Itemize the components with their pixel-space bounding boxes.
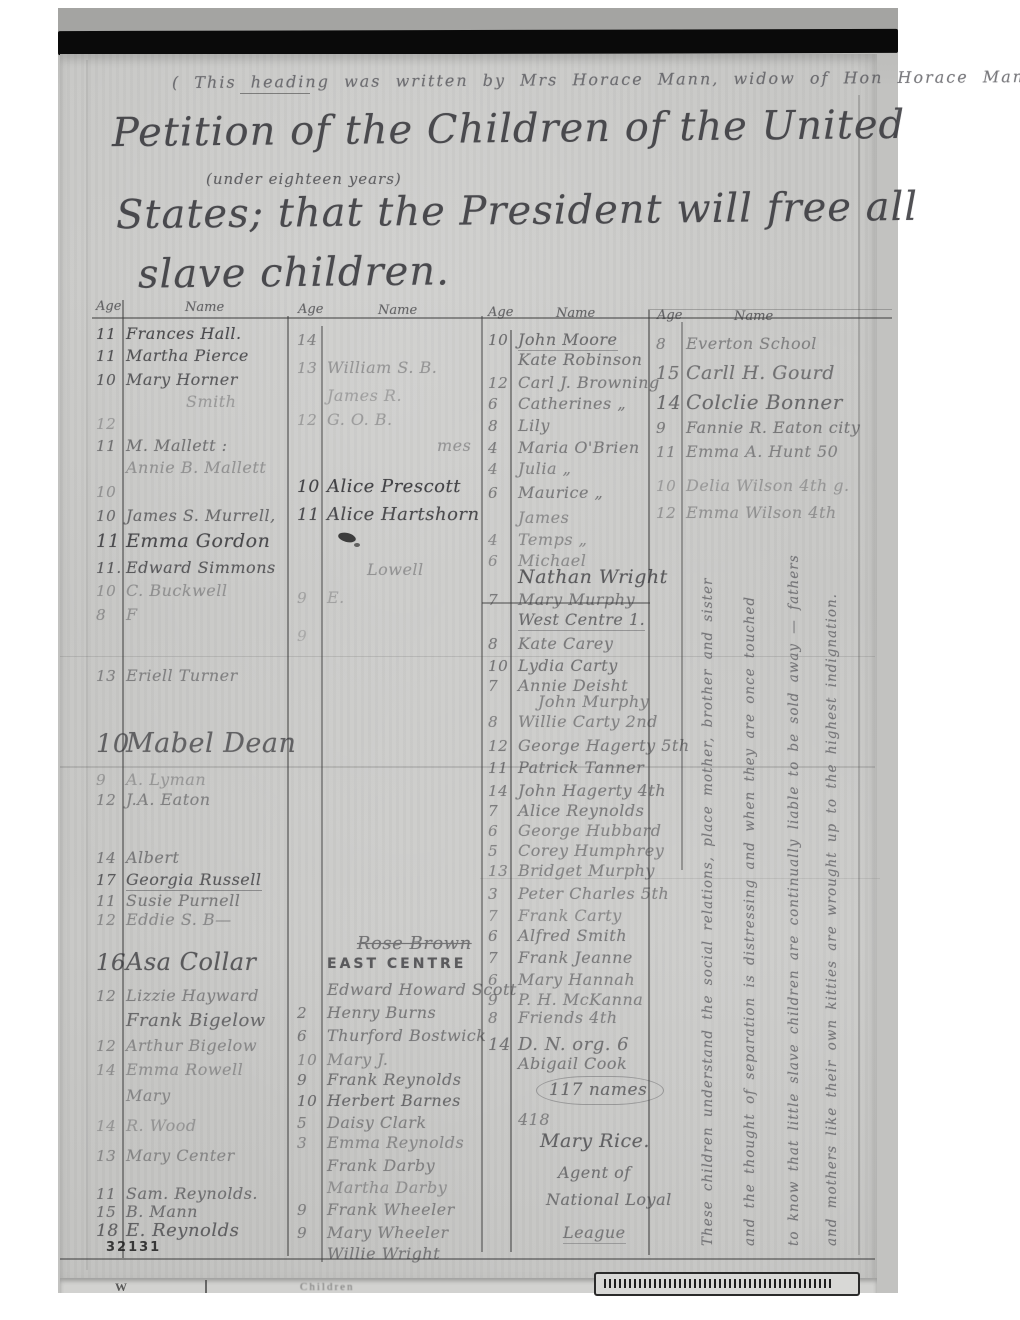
entry-name: Smith — [186, 392, 236, 411]
entry-age: 11 — [96, 327, 126, 342]
entry-age: 6 — [488, 397, 518, 412]
entry-age: 3 — [297, 1136, 327, 1151]
entry-name: John Hagerty 4th — [518, 781, 666, 800]
entry-age: 10 — [297, 479, 327, 496]
petition-entry: 9 — [297, 628, 327, 644]
entry-age: 11 — [96, 1187, 126, 1202]
entry-age: 12 — [297, 413, 327, 428]
entry-age: 10 — [656, 479, 686, 494]
petition-entry: 11M. Mallett : — [96, 438, 228, 454]
col1-name-header: Name — [185, 300, 224, 315]
entry-name: Nathan Wright — [518, 566, 668, 588]
entry-name: Frank Darby — [327, 1156, 435, 1175]
entry-age: 14 — [488, 1037, 518, 1054]
petition-entry: 9E. — [297, 590, 345, 606]
entry-age: 10 — [488, 659, 518, 674]
entry-age: 5 — [488, 844, 518, 859]
entry-age: 14 — [96, 1119, 126, 1134]
petition-entry: 8Friends 4th — [488, 1010, 618, 1026]
petition-entry: Frank Darby — [297, 1158, 435, 1174]
entry-age: 16 — [96, 952, 126, 975]
entry-name: Maurice „ — [518, 483, 603, 502]
petition-entry: 3Emma Reynolds — [297, 1135, 464, 1151]
petition-entry: 12Eddie S. B— — [96, 912, 232, 928]
petition-entry: 6George Hubbard — [488, 823, 662, 839]
entry-age: 9 — [488, 993, 518, 1008]
header-rule-right — [648, 309, 892, 310]
petition-entry: 10 — [96, 484, 126, 500]
entry-age: 12 — [96, 989, 126, 1004]
petition-entry: 12Lizzie Hayward — [96, 988, 259, 1004]
entry-name: Lizzie Hayward — [126, 986, 259, 1005]
film-divider-bar — [58, 29, 898, 55]
entry-name: B. Mann — [126, 1202, 198, 1221]
petition-entry: 8F — [96, 607, 138, 623]
entry-age: 12 — [488, 376, 518, 391]
entry-name: Henry Burns — [327, 1003, 436, 1022]
petition-entry: Nathan Wright — [488, 568, 668, 587]
margin-note-line: These children understand the social rel… — [700, 586, 716, 1246]
entry-name: Carl J. Browning — [518, 373, 660, 392]
petition-entry: Lowell — [337, 562, 424, 578]
petition-entry: 11Emma A. Hunt 50 — [656, 444, 838, 460]
entry-name: Corey Humphrey — [518, 841, 664, 860]
entry-name: James R. — [327, 386, 402, 405]
entry-age: 14 — [96, 851, 126, 866]
page-bottom-edge — [60, 1258, 875, 1260]
petition-entry: 12Arthur Bigelow — [96, 1038, 257, 1054]
petition-entry: 9Frank Wheeler — [297, 1202, 455, 1218]
entry-age: 8 — [96, 608, 126, 623]
petition-entry: 13William S. B. — [297, 360, 437, 376]
entry-name: Mary Murphy — [518, 590, 635, 609]
entry-age: 6 — [488, 973, 518, 988]
petition-entry: 10Mabel Dean — [96, 730, 296, 758]
entry-name: G. O. B. — [327, 410, 393, 429]
petition-entry: 7Mary Murphy — [488, 592, 635, 608]
entry-age: 13 — [96, 1149, 126, 1164]
petition-title-line3: slave children. — [138, 248, 450, 297]
entry-name: Willie Carty 2nd — [518, 712, 658, 731]
entry-age: 7 — [488, 909, 518, 924]
entry-age: 11 — [656, 445, 686, 460]
strip-left-fragment: W — [115, 1280, 127, 1295]
entry-name: Emma A. Hunt 50 — [686, 442, 838, 461]
entry-age: 7 — [488, 804, 518, 819]
entry-age: 13 — [488, 864, 518, 879]
entry-name: George Hagerty 5th — [518, 736, 690, 755]
strip-caption-fragment: Children — [300, 1281, 355, 1293]
entry-age: 13 — [96, 669, 126, 684]
petition-entry: 11Emma Gordon — [96, 532, 270, 551]
petition-entry: 18E. Reynolds — [96, 1222, 239, 1240]
petition-entry: 4Temps „ — [488, 532, 587, 548]
entry-name: Alice Prescott — [327, 476, 461, 497]
entry-age: 8 — [656, 337, 686, 352]
petition-entry: Annie B. Mallett — [96, 460, 266, 476]
entry-name: Frank Carty — [518, 906, 622, 925]
petition-entry: 11Frances Hall. — [96, 326, 242, 342]
entry-name: 117 names — [536, 1076, 664, 1105]
margin-note-line: to know that little slave children are c… — [786, 586, 802, 1246]
petition-entry: 10James S. Murrell, — [96, 508, 276, 524]
petition-entry: 6Mary Hannah — [488, 972, 635, 988]
entry-name: West Centre 1. — [518, 610, 645, 631]
col1-age-header: Age — [96, 299, 121, 314]
entry-age: 9 — [297, 629, 327, 644]
vline-col1-end — [287, 316, 289, 1256]
entry-age: 12 — [656, 506, 686, 521]
entry-name: John Moore — [518, 330, 618, 351]
entry-name: Emma Gordon — [126, 530, 270, 552]
entry-age: 9 — [656, 421, 686, 436]
petition-entry: 12 — [96, 416, 126, 432]
paper-left-fold — [86, 60, 88, 1270]
entry-name: Lowell — [367, 560, 424, 579]
entry-age: 6 — [488, 554, 518, 569]
petition-entry: 14Albert — [96, 850, 179, 866]
entry-age: 14 — [488, 784, 518, 799]
petition-entry: 10C. Buckwell — [96, 583, 227, 599]
entry-age: 10 — [96, 373, 126, 388]
entry-name: Bridget Murphy — [518, 861, 655, 880]
entry-name: Mabel Dean — [126, 728, 296, 759]
entry-name: Carll H. Gourd — [686, 362, 835, 384]
petition-entry: 14Emma Rowell — [96, 1062, 243, 1078]
entry-name: E. Reynolds — [126, 1220, 239, 1241]
entry-name: mes — [437, 436, 471, 455]
scanned-document-page: ( This heading was written by Mrs Horace… — [0, 0, 1020, 1320]
petition-entry: Frank Bigelow — [96, 1012, 266, 1030]
entry-age: 8 — [488, 715, 518, 730]
petition-entry: 9A. Lyman — [96, 772, 206, 788]
entry-age: 4 — [488, 462, 518, 477]
signature-column-4: 8Everton School15Carll H. Gourd14Colclie… — [656, 0, 657, 1320]
entry-name: George Hubbard — [518, 821, 662, 840]
petition-entry: Martha Darby — [297, 1180, 447, 1196]
entry-age: 11 — [96, 533, 126, 551]
petition-title-line2: States; that the President will free all — [116, 184, 919, 238]
petition-entry: 12George Hagerty 5th — [488, 738, 690, 754]
strip-vline — [205, 1280, 207, 1293]
entry-name: Arthur Bigelow — [126, 1036, 257, 1055]
entry-name: Alice Hartshorn — [327, 504, 480, 525]
petition-entry: 117 names — [506, 1082, 664, 1099]
entry-age: 7 — [488, 679, 518, 694]
petition-title-insert: (under eighteen years) — [206, 170, 402, 188]
petition-entry: EAST CENTRE — [297, 955, 466, 971]
petition-entry: Kate Robinson — [488, 352, 642, 368]
petition-entry: 7Frank Carty — [488, 908, 622, 924]
petition-entry: 14 — [297, 332, 327, 348]
petition-entry: John Murphy — [508, 694, 649, 710]
entry-name: Georgia Russell — [126, 870, 262, 891]
petition-entry: 9P. H. McKanna — [488, 992, 643, 1008]
petition-entry: 8Willie Carty 2nd — [488, 714, 658, 730]
petition-entry: 6Thurford Bostwick — [297, 1028, 486, 1044]
entry-name: Emma Reynolds — [327, 1133, 464, 1152]
entry-age: 14 — [656, 394, 686, 413]
petition-entry: 2Henry Burns — [297, 1005, 436, 1021]
petition-entry: 8Kate Carey — [488, 636, 613, 652]
entry-age: 11 — [96, 894, 126, 909]
signature-column-1: 11Frances Hall.11Martha Pierce10Mary Hor… — [96, 0, 97, 1320]
entry-name: League — [563, 1223, 626, 1244]
col2-name-header: Name — [378, 303, 417, 318]
petition-entry: 10John Moore — [488, 332, 618, 348]
petition-entry: 10Mary Horner — [96, 372, 238, 388]
petition-entry: 14R. Wood — [96, 1118, 197, 1134]
entry-age: 10 — [96, 584, 126, 599]
petition-entry: 12J.A. Eaton — [96, 792, 211, 808]
entry-name: R. Wood — [126, 1116, 197, 1135]
petition-entry: 6Maurice „ — [488, 485, 603, 501]
header-rule — [92, 317, 892, 319]
entry-name: Emma Rowell — [126, 1060, 243, 1079]
petition-entry: 13Mary Center — [96, 1148, 235, 1164]
entry-name: Mary Hannah — [518, 970, 635, 989]
entry-age: 15 — [656, 365, 686, 383]
petition-entry: 10Mary J. — [297, 1052, 388, 1068]
petition-entry: Smith — [156, 394, 236, 410]
entry-age: 10 — [297, 1053, 327, 1068]
entry-name: A. Lyman — [126, 770, 206, 789]
petition-entry: 11Susie Purnell — [96, 893, 240, 909]
petition-entry: 9Fannie R. Eaton city — [656, 420, 860, 436]
entry-age: 9 — [96, 773, 126, 788]
entry-age: 4 — [488, 441, 518, 456]
entry-age: 12 — [96, 1039, 126, 1054]
entry-name: J.A. Eaton — [126, 790, 211, 809]
margin-note-line: and mothers like their own kitties are w… — [824, 586, 840, 1246]
entry-age: 9 — [297, 591, 327, 606]
entry-name: Patrick Tanner — [518, 758, 644, 777]
petition-entry: 12Carl J. Browning — [488, 375, 660, 391]
col4-age-header: Age — [657, 308, 682, 323]
entry-name: D. N. org. 6 — [518, 1034, 629, 1055]
entry-name: Colclie Bonner — [686, 390, 843, 414]
entry-name: Lydia Carty — [518, 656, 618, 675]
entry-name: Fannie R. Eaton city — [686, 418, 860, 437]
petition-entry: 7Alice Reynolds — [488, 803, 644, 819]
petition-entry: 10Lydia Carty — [488, 658, 618, 674]
col2-age-header: Age — [298, 302, 323, 317]
entry-name: Maria O'Brien — [518, 438, 640, 457]
entry-name: Eriell Turner — [126, 666, 238, 685]
petition-entry: Mary Rice. — [510, 1132, 650, 1151]
entry-name: Mary Rice. — [540, 1130, 650, 1152]
entry-age: 13 — [297, 361, 327, 376]
petition-entry: 8Lily — [488, 418, 550, 434]
margin-note-text: These children understand the social rel… — [700, 578, 716, 1246]
entry-age: 10 — [96, 732, 126, 758]
petition-entry: National Loyal — [516, 1192, 672, 1208]
entry-age: 15 — [96, 1205, 126, 1220]
entry-age: 7 — [488, 951, 518, 966]
petition-entry: 6Catherines „ — [488, 396, 626, 412]
entry-age: 10 — [96, 509, 126, 524]
entry-age: 3 — [488, 887, 518, 902]
petition-title-line1: Petition of the Children of the United — [112, 102, 906, 156]
entry-name: Martha Pierce — [126, 346, 249, 365]
entry-name: James — [518, 508, 569, 527]
entry-age: 11 — [297, 507, 327, 524]
entry-age: 11 — [96, 439, 126, 454]
entry-name: 418 — [518, 1110, 550, 1129]
entry-age: 11 — [488, 761, 518, 776]
petition-entry: 4Julia „ — [488, 461, 571, 477]
petition-entry: Edward Howard Scott — [297, 982, 517, 998]
petition-entry: James — [488, 510, 569, 526]
entry-age: 17 — [96, 873, 126, 888]
entry-name: Frank Wheeler — [327, 1200, 455, 1219]
entry-age: 14 — [96, 1063, 126, 1078]
entry-age: 9 — [297, 1226, 327, 1241]
signature-column-3: 10John MooreKate Robinson12Carl J. Brown… — [488, 0, 489, 1320]
entry-age: 18 — [96, 1223, 126, 1240]
petition-entry: 6Alfred Smith — [488, 928, 627, 944]
entry-name: E. — [327, 588, 345, 607]
entry-age: 6 — [488, 824, 518, 839]
entry-name: Willie Wright — [327, 1244, 440, 1263]
petition-entry: 11Alice Hartshorn — [297, 506, 480, 524]
petition-entry: 17Georgia Russell — [96, 872, 262, 888]
entry-age: 6 — [297, 1029, 327, 1044]
entry-name: Alfred Smith — [518, 926, 627, 945]
petition-entry: 12Emma Wilson 4th — [656, 505, 837, 521]
petition-entry: West Centre 1. — [488, 612, 645, 628]
entry-name: Edward Simmons — [126, 558, 276, 577]
entry-name: Mary J. — [327, 1050, 388, 1069]
entry-name: Mary Horner — [126, 370, 238, 389]
entry-name: Martha Darby — [327, 1178, 447, 1197]
entry-age: 11 — [96, 349, 126, 364]
entry-name: Kate Carey — [518, 634, 613, 653]
petition-entry: 11Patrick Tanner — [488, 760, 644, 776]
entry-name: Friends 4th — [518, 1008, 618, 1027]
entry-age: 10 — [488, 333, 518, 348]
serial-stamp: 32131 — [106, 1240, 161, 1255]
entry-name: P. H. McKanna — [518, 990, 643, 1009]
petition-entry: 11.Edward Simmons — [96, 560, 276, 576]
entry-age: 7 — [488, 593, 518, 608]
entry-age: 8 — [488, 419, 518, 434]
entry-name: William S. B. — [327, 358, 437, 377]
petition-entry: 15B. Mann — [96, 1204, 198, 1220]
entry-age: 8 — [488, 637, 518, 652]
entry-name: Mary — [126, 1086, 171, 1105]
petition-entry: Willie Wright — [297, 1246, 440, 1262]
entry-name: Lily — [518, 416, 550, 435]
margin-note-line: and the thought of separation is distres… — [742, 586, 758, 1246]
entry-name: Emma Wilson 4th — [686, 503, 837, 522]
petition-entry: 14Colclie Bonner — [656, 392, 843, 413]
petition-entry: 5Daisy Clark — [297, 1115, 427, 1131]
margin-note-text: and mothers like their own kitties are w… — [824, 593, 840, 1246]
entry-age: 6 — [488, 929, 518, 944]
entry-name: Alice Reynolds — [518, 801, 644, 820]
barcode — [604, 1279, 832, 1288]
petition-entry: 10Alice Prescott — [297, 478, 461, 496]
entry-name: Annie B. Mallett — [126, 458, 266, 477]
petition-entry: Abigail Cook — [488, 1056, 627, 1072]
entry-age: 12 — [488, 739, 518, 754]
entry-name: John Murphy — [538, 692, 649, 711]
signature-column-2: 1413William S. B.James R.12G. O. B.mes10… — [297, 0, 298, 1320]
vline-col2-end — [481, 316, 483, 1252]
entry-age: 6 — [488, 486, 518, 501]
entry-name: National Loyal — [546, 1190, 672, 1209]
entry-age: 9 — [297, 1203, 327, 1218]
petition-entry: 16Asa Collar — [96, 950, 257, 975]
entry-name: Frank Bigelow — [126, 1010, 266, 1031]
entry-age: 14 — [297, 333, 327, 348]
entry-name: Kate Robinson — [518, 350, 642, 369]
petition-entry: 418 — [488, 1112, 550, 1128]
entry-name: Daisy Clark — [327, 1113, 427, 1132]
ink-blot-small — [354, 543, 360, 547]
petition-entry: 10Herbert Barnes — [297, 1093, 461, 1109]
entry-name: Frances Hall. — [126, 324, 242, 343]
entry-age: 12 — [96, 913, 126, 928]
entry-age: 2 — [297, 1006, 327, 1021]
entry-age: 8 — [488, 1011, 518, 1026]
petition-entry: 13Eriell Turner — [96, 668, 238, 684]
entry-name: C. Buckwell — [126, 581, 227, 600]
entry-name: Herbert Barnes — [327, 1091, 461, 1110]
petition-entry: 12G. O. B. — [297, 412, 393, 428]
entry-age: 4 — [488, 533, 518, 548]
entry-name: Frank Jeanne — [518, 948, 633, 967]
entry-name: Agent of — [558, 1163, 631, 1182]
petition-entry: Mary — [96, 1088, 171, 1104]
entry-name: Sam. Reynolds. — [126, 1184, 258, 1203]
entry-age: 10 — [297, 1094, 327, 1109]
petition-entry: 8Everton School — [656, 336, 817, 352]
petition-entry: 5Corey Humphrey — [488, 843, 664, 859]
margin-note-text: and the thought of separation is distres… — [742, 596, 758, 1246]
petition-entry: 13Bridget Murphy — [488, 863, 655, 879]
entry-name: Eddie S. B— — [126, 910, 232, 929]
petition-entry: Agent of — [528, 1165, 631, 1181]
petition-entry: 9Mary Wheeler — [297, 1225, 449, 1241]
entry-age: 9 — [297, 1073, 327, 1088]
entry-name: M. Mallett : — [126, 436, 228, 455]
annotation-underline — [240, 93, 310, 94]
petition-entry: James R. — [297, 388, 402, 404]
entry-name: Catherines „ — [518, 394, 626, 413]
entry-name: EAST CENTRE — [327, 956, 466, 972]
entry-name: Frank Reynolds — [327, 1070, 461, 1089]
entry-name: Susie Purnell — [126, 891, 240, 910]
petition-entry: 10Delia Wilson 4th g. — [656, 478, 850, 494]
entry-age: 12 — [96, 417, 126, 432]
petition-entry: 14D. N. org. 6 — [488, 1036, 629, 1054]
margin-note-text: to know that little slave children are c… — [786, 554, 802, 1246]
entry-name: Julia „ — [518, 459, 571, 478]
entry-name: Thurford Bostwick — [327, 1026, 486, 1045]
entry-name: James S. Murrell, — [126, 506, 276, 525]
petition-entry: League — [533, 1225, 626, 1241]
entry-name: Mary Wheeler — [327, 1223, 449, 1242]
petition-entry: 3Peter Charles 5th — [488, 886, 669, 902]
paper-right-edge — [858, 95, 860, 1255]
entry-name: Peter Charles 5th — [518, 884, 669, 903]
petition-entry: Rose Brown — [327, 935, 472, 953]
entry-age: 10 — [96, 485, 126, 500]
petition-entry: mes — [407, 438, 471, 454]
petition-entry: 11Sam. Reynolds. — [96, 1186, 258, 1202]
